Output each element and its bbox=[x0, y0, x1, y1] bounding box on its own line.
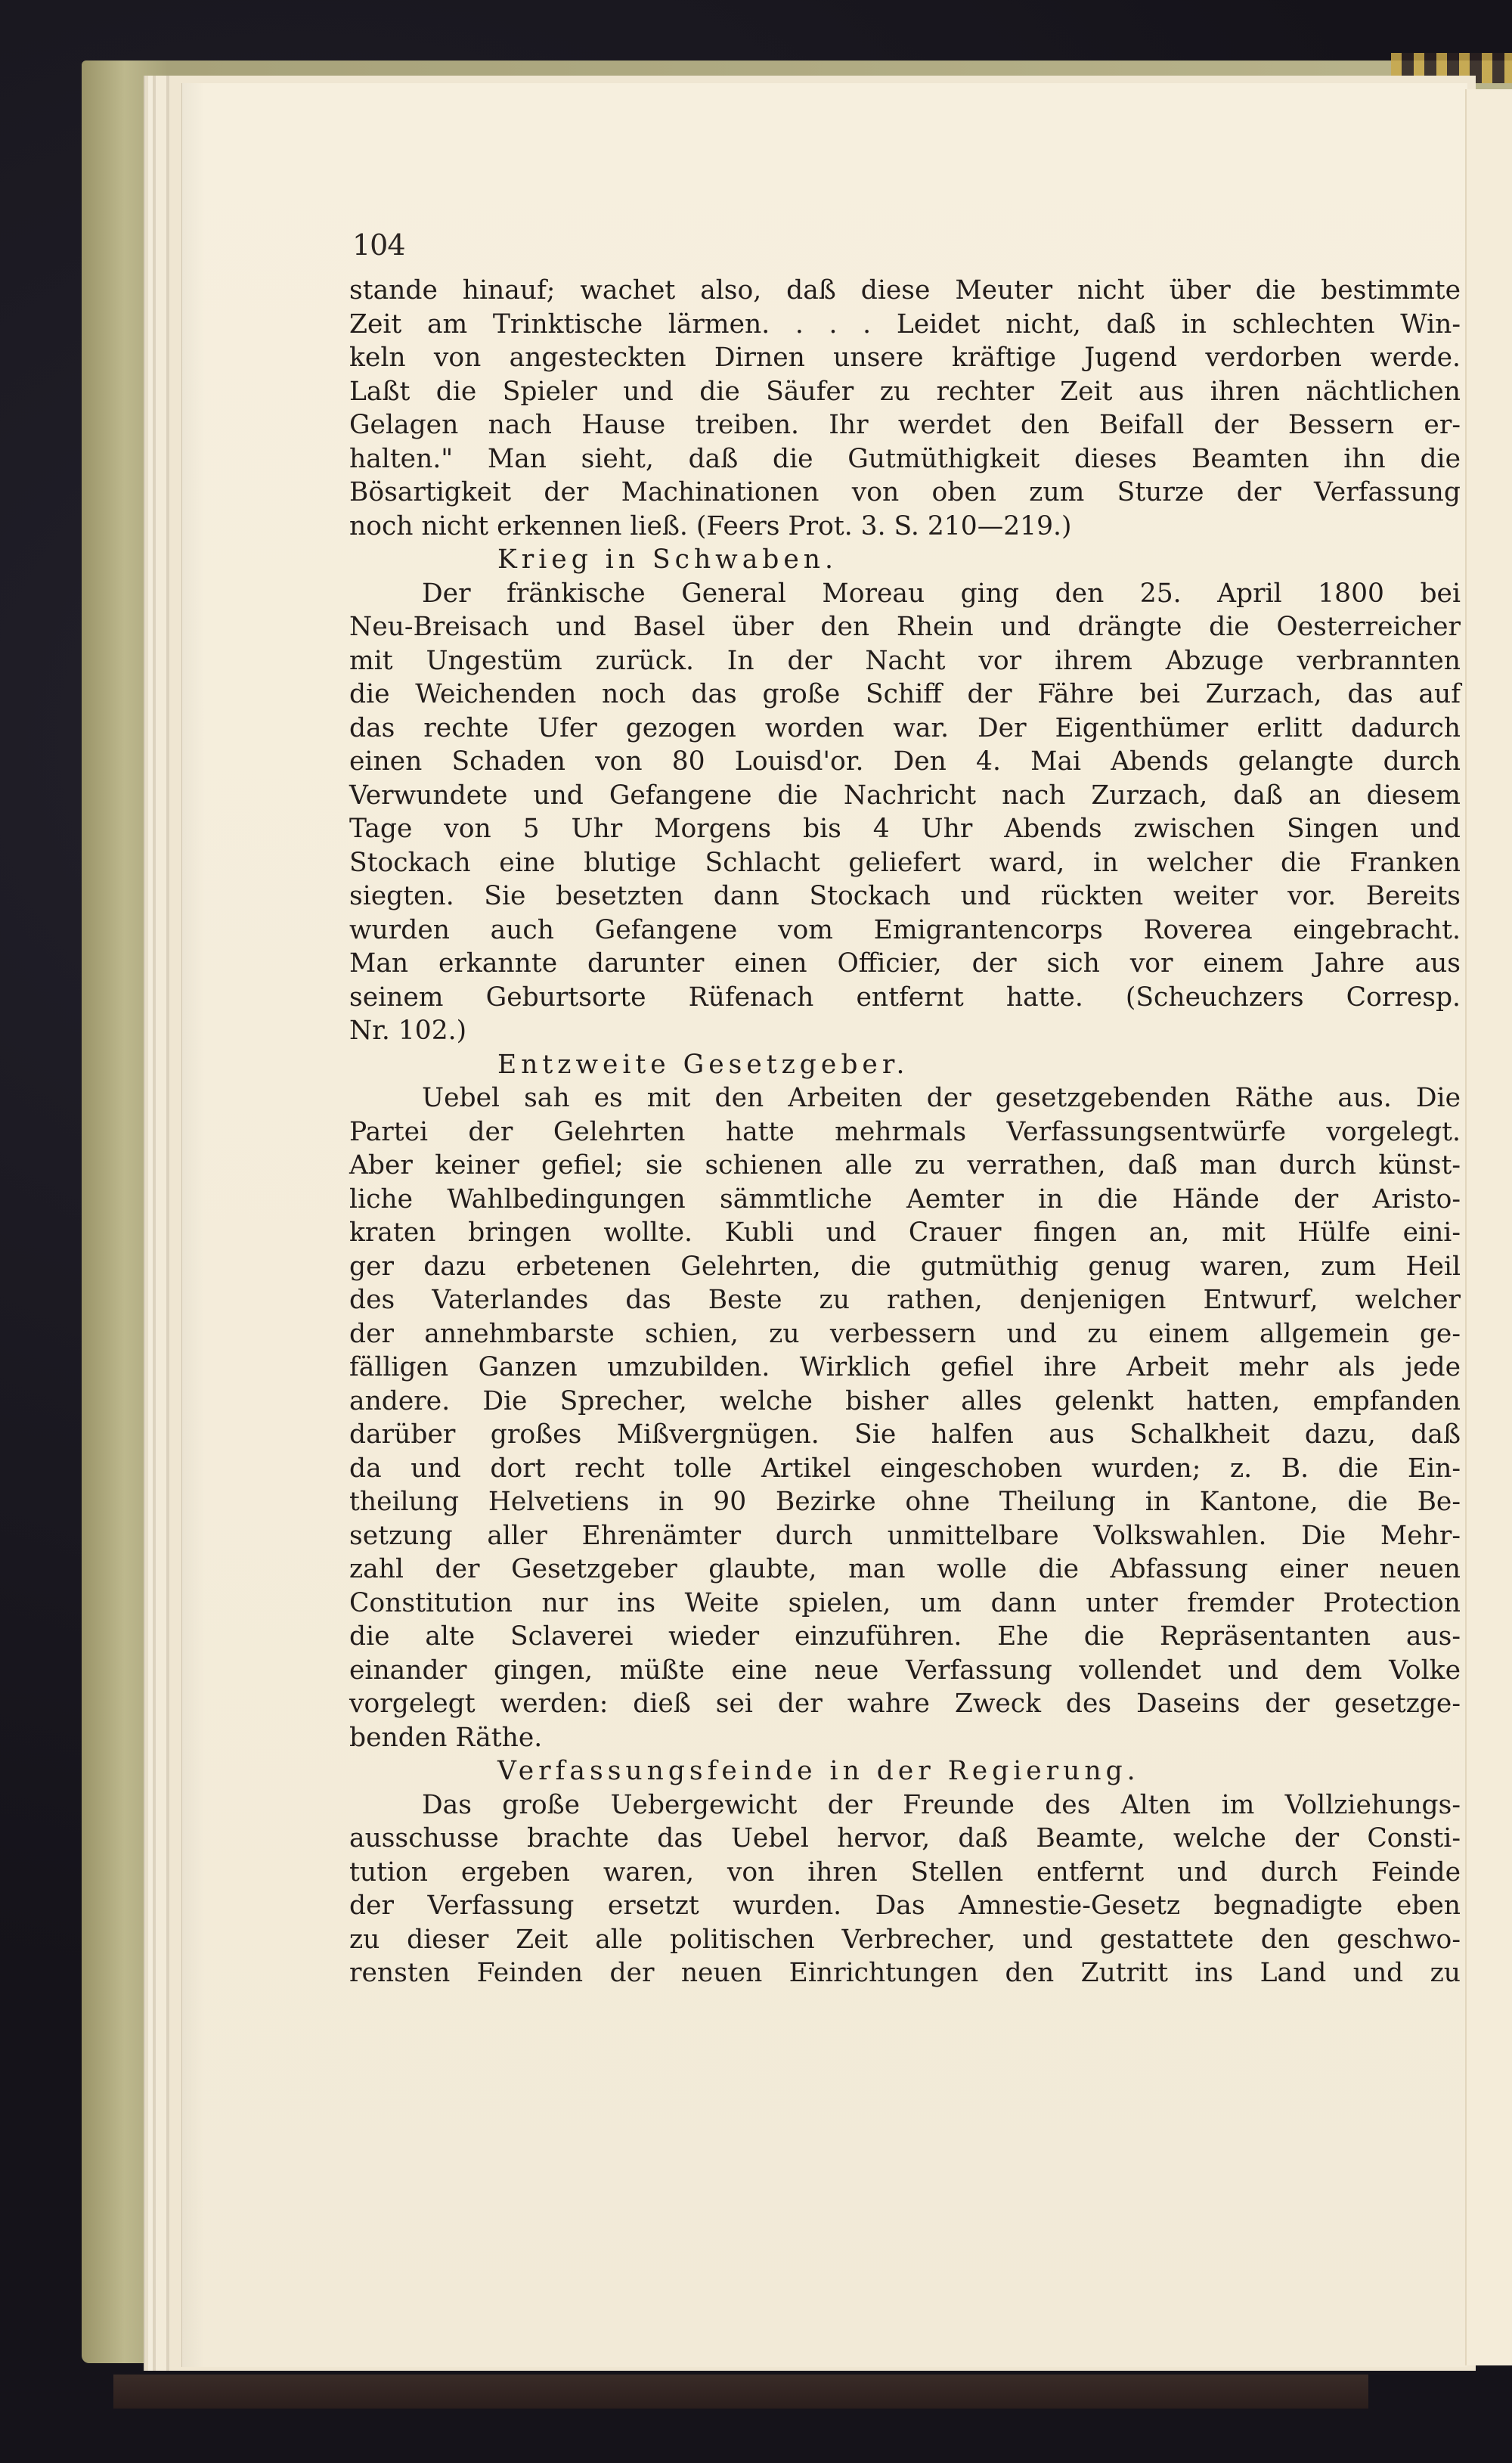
page-number: 104 bbox=[352, 228, 405, 262]
text-line: andere. Die Sprecher, welche bisher alle… bbox=[349, 1385, 1461, 1419]
section-heading: Entzweite Gesetzgeber. bbox=[349, 1048, 1461, 1082]
section-heading: Verfassungsfeinde in der Regierung. bbox=[349, 1754, 1461, 1788]
text-line: benden Räthe. bbox=[349, 1721, 1461, 1755]
text-line: Man erkannte darunter einen Officier, de… bbox=[349, 947, 1461, 981]
text-line: die alte Sclaverei wieder einzuführen. E… bbox=[349, 1620, 1461, 1654]
text-line: des Vaterlandes das Beste zu rathen, den… bbox=[349, 1283, 1461, 1317]
text-line: Neu-Breisach und Basel über den Rhein un… bbox=[349, 610, 1461, 644]
text-line: stande hinauf; wachet also, daß diese Me… bbox=[349, 274, 1461, 308]
text-line: Das große Uebergewicht der Freunde des A… bbox=[349, 1788, 1461, 1822]
text-line: Aber keiner gefiel; sie schienen alle zu… bbox=[349, 1149, 1461, 1183]
page-text-block: stande hinauf; wachet also, daß diese Me… bbox=[349, 274, 1461, 1990]
text-line: Verwundete und Gefangene die Nachricht n… bbox=[349, 779, 1461, 813]
text-line: liche Wahlbedingungen sämmtliche Aemter … bbox=[349, 1183, 1461, 1217]
text-line: keln von angesteckten Dirnen unsere kräf… bbox=[349, 341, 1461, 375]
text-line: Laßt die Spieler und die Säufer zu recht… bbox=[349, 375, 1461, 409]
text-line: Tage von 5 Uhr Morgens bis 4 Uhr Abends … bbox=[349, 812, 1461, 846]
text-line: Stockach eine blutige Schlacht geliefert… bbox=[349, 846, 1461, 880]
text-line: Uebel sah es mit den Arbeiten der gesetz… bbox=[349, 1081, 1461, 1115]
text-line: einander gingen, müßte eine neue Verfass… bbox=[349, 1654, 1461, 1688]
text-line: zahl der Gesetzgeber glaubte, man wolle … bbox=[349, 1553, 1461, 1587]
text-line: setzung aller Ehrenämter durch unmittelb… bbox=[349, 1519, 1461, 1553]
book-cover-bottom-edge bbox=[113, 2375, 1368, 2409]
text-line: Der fränkische General Moreau ging den 2… bbox=[349, 577, 1461, 611]
text-line: darüber großes Mißvergnügen. Sie halfen … bbox=[349, 1418, 1461, 1452]
text-line: einen Schaden von 80 Louisd'or. Den 4. M… bbox=[349, 745, 1461, 779]
text-line: Gelagen nach Hause treiben. Ihr werdet d… bbox=[349, 408, 1461, 442]
text-line: der Verfassung ersetzt wurden. Das Amnes… bbox=[349, 1889, 1461, 1923]
text-line: theilung Helvetiens in 90 Bezirke ohne T… bbox=[349, 1485, 1461, 1519]
section-heading: Krieg in Schwaben. bbox=[349, 543, 1461, 577]
text-line: fälligen Ganzen umzubilden. Wirklich gef… bbox=[349, 1351, 1461, 1385]
text-line: wurden auch Gefangene vom Emigrantencorp… bbox=[349, 914, 1461, 948]
text-line: noch nicht erkennen ließ. (Feers Prot. 3… bbox=[349, 510, 1461, 544]
text-line: Nr. 102.) bbox=[349, 1014, 1461, 1048]
text-line: mit Ungestüm zurück. In der Nacht vor ih… bbox=[349, 644, 1461, 678]
text-line: die Weichenden noch das große Schiff der… bbox=[349, 678, 1461, 712]
text-line: Partei der Gelehrten hatte mehrmals Verf… bbox=[349, 1115, 1461, 1149]
text-line: kraten bringen wollte. Kubli und Crauer … bbox=[349, 1216, 1461, 1250]
text-line: siegten. Sie besetzten dann Stockach und… bbox=[349, 879, 1461, 914]
text-line: das rechte Ufer gezogen worden war. Der … bbox=[349, 712, 1461, 746]
text-line: der annehmbarste schien, zu verbessern u… bbox=[349, 1317, 1461, 1351]
text-line: halten." Man sieht, daß die Gutmüthigkei… bbox=[349, 442, 1461, 476]
text-line: ausschusse brachte das Uebel hervor, daß… bbox=[349, 1822, 1461, 1856]
text-line: seinem Geburtsorte Rüfenach entfernt hat… bbox=[349, 981, 1461, 1015]
text-line: Zeit am Trinktische lärmen. . . . Leidet… bbox=[349, 308, 1461, 342]
text-line: tution ergeben waren, von ihren Stellen … bbox=[349, 1856, 1461, 1890]
text-line: Bösartigkeit der Machinationen von oben … bbox=[349, 476, 1461, 510]
text-line: da und dort recht tolle Artikel eingesch… bbox=[349, 1452, 1461, 1486]
text-line: ger dazu erbetenen Gelehrten, die gutmüt… bbox=[349, 1250, 1461, 1284]
text-line: Constitution nur ins Weite spielen, um d… bbox=[349, 1587, 1461, 1621]
text-line: vorgelegt werden: dieß sei der wahre Zwe… bbox=[349, 1687, 1461, 1721]
text-line: rensten Feinden der neuen Einrichtungen … bbox=[349, 1956, 1461, 1990]
text-line: zu dieser Zeit alle politischen Verbrech… bbox=[349, 1923, 1461, 1957]
facing-page-edge bbox=[1465, 89, 1512, 2365]
